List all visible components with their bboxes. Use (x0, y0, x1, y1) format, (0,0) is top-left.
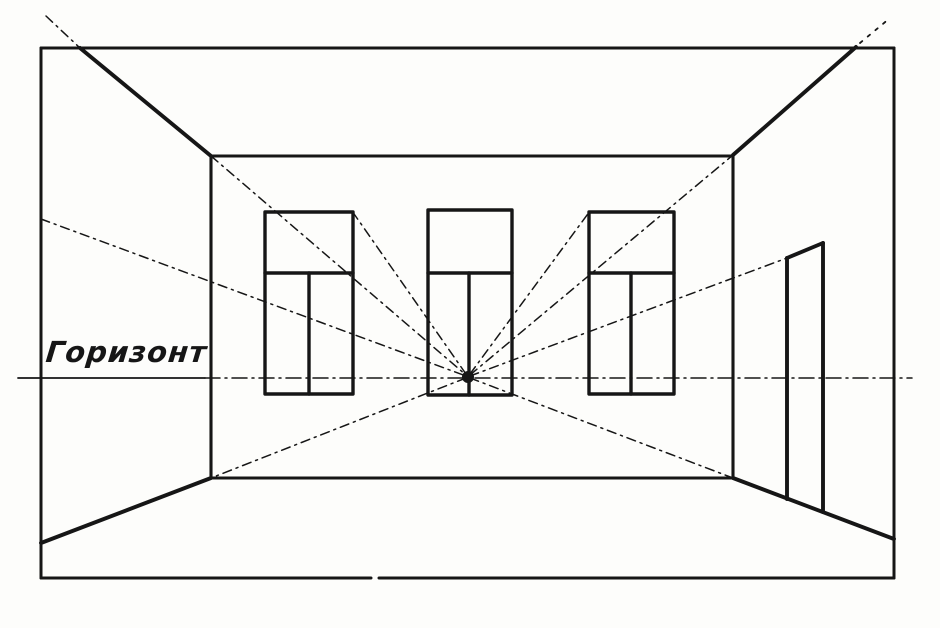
horizon-label: Горизонт (44, 335, 209, 369)
door-top-edge (787, 243, 823, 258)
floor-left-edge (41, 478, 211, 543)
construction-vp-to-right-window (470, 211, 590, 374)
floor-right-edge (733, 478, 894, 539)
construction-vp-to-tr-corner (470, 155, 733, 375)
construction-ext-top-right (860, 18, 890, 43)
vanishing-point (462, 371, 474, 383)
one-point-perspective-diagram (0, 0, 940, 628)
ceiling-left-edge (80, 48, 211, 156)
construction-vp-to-left-window (352, 211, 466, 374)
construction-vp-to-door-top (470, 258, 787, 376)
picture-frame-back-wall (211, 156, 733, 478)
ceiling-right-edge (733, 47, 856, 155)
construction-ext-top-left (46, 16, 80, 48)
scanned-perspective-figure: Горизонт (0, 0, 940, 628)
